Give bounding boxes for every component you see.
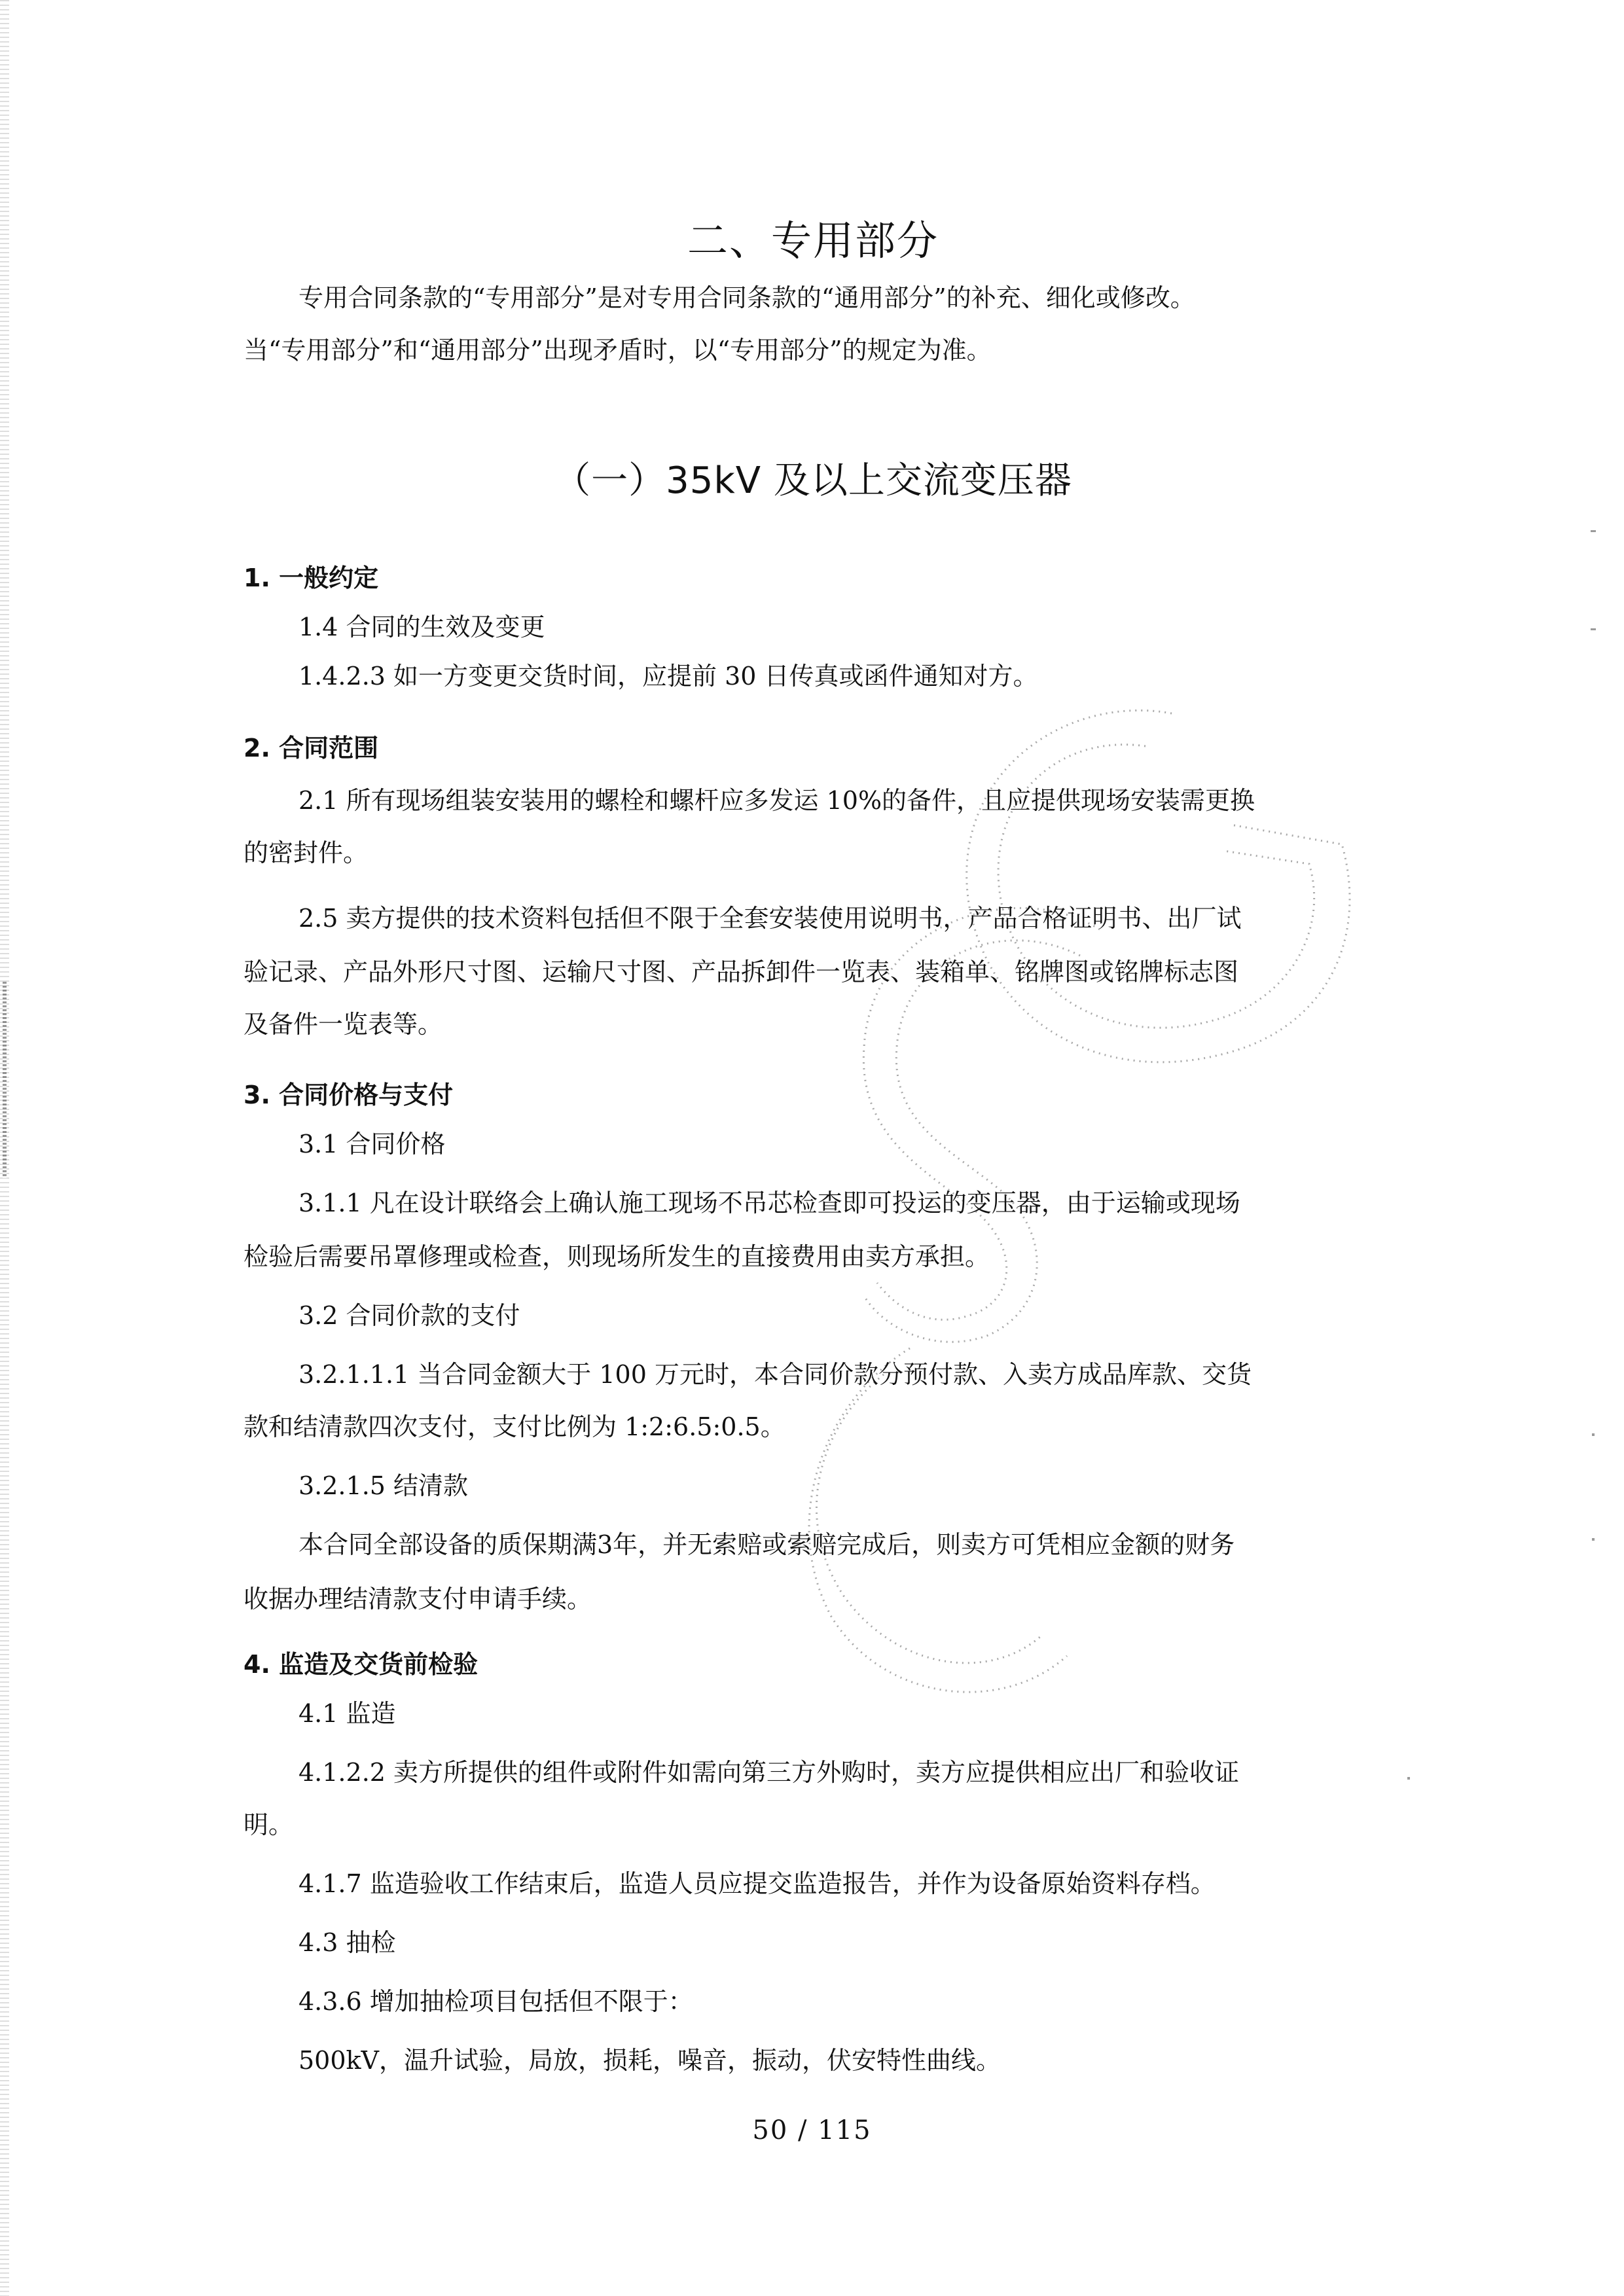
clause-line: 4.3.6 增加抽检项目包括但不限于： — [298, 1986, 1437, 2017]
clause-line: 2.1 所有现场组装安装用的螺栓和螺杆应多发运 10%的备件，且应提供现场安装需… — [298, 785, 1437, 816]
clause-line: 2.5 卖方提供的技术资料包括但不限于全套安装使用说明书，产品合格证明书、出厂试 — [298, 903, 1437, 933]
clause-line: 明。 — [244, 1810, 1382, 1840]
section-heading: 2. 合同范围 — [244, 733, 1382, 763]
clause-line: 的密封件。 — [244, 838, 1382, 868]
clause-line: 4.1.2.2 卖方所提供的组件或附件如需向第三方外购时，卖方应提供相应出厂和验… — [298, 1757, 1437, 1787]
clause-line: 3.2.1.1.1 当合同金额大于 100 万元时，本合同价款分预付款、入卖方成… — [298, 1359, 1437, 1390]
scan-speck — [1592, 1433, 1595, 1436]
clause-line: 4.3 抽检 — [298, 1928, 1437, 1958]
scan-speck — [1591, 628, 1596, 630]
scan-speck — [1407, 1777, 1410, 1780]
clause-line: 4.1 监造 — [298, 1698, 1437, 1729]
clause-line: 1.4 合同的生效及变更 — [298, 612, 1437, 642]
clause-line: 本合同全部设备的质保期满3年，并无索赔或索赔完成后，则卖方可凭相应金额的财务 — [298, 1530, 1437, 1560]
clause-line: 500kV，温升试验，局放，损耗，噪音，振动，伏安特性曲线。 — [298, 2045, 1437, 2075]
clause-line: 4.1.7 监造验收工作结束后，监造人员应提交监造报告，并作为设备原始资料存档。 — [298, 1869, 1437, 1899]
scan-speck — [1592, 1538, 1595, 1541]
clause-line: 款和结清款四次支付，支付比例为 1:2:6.5:0.5。 — [244, 1412, 1382, 1442]
section-heading: 1. 一般约定 — [244, 563, 1382, 593]
clause-line: 3.2 合同价款的支付 — [298, 1300, 1437, 1331]
clause-line: 3.1.1 凡在设计联络会上确认施工现场不吊芯检查即可投运的变压器，由于运输或现… — [298, 1188, 1437, 1218]
clause-line: 检验后需要吊罩修理或检查，则现场所发生的直接费用由卖方承担。 — [244, 1242, 1382, 1272]
clause-line: 验记录、产品外形尺寸图、运输尺寸图、产品拆卸件一览表、装箱单、铭牌图或铭牌标志图 — [244, 957, 1382, 987]
main-title: 二、专用部分 — [244, 208, 1382, 266]
section-heading: 4. 监造及交货前检验 — [244, 1649, 1382, 1679]
scan-edge-artifact — [3, 982, 7, 1178]
intro-paragraph-line: 专用合同条款的“专用部分”是对专用合同条款的“通用部分”的补充、细化或修改。 — [298, 283, 1437, 313]
clause-line: 1.4.2.3 如一方变更交货时间，应提前 30 日传真或函件通知对方。 — [298, 661, 1437, 691]
clause-line: 及备件一览表等。 — [244, 1009, 1382, 1039]
section-title: （一）35kV 及以上交流变压器 — [244, 452, 1382, 504]
clause-line: 收据办理结清款支付申请手续。 — [244, 1584, 1382, 1614]
clause-line: 3.1 合同价格 — [298, 1129, 1437, 1159]
clause-line: 3.2.1.5 结清款 — [298, 1471, 1437, 1501]
section-heading: 3. 合同价格与支付 — [244, 1080, 1382, 1110]
scan-speck — [1591, 530, 1596, 532]
intro-paragraph-line: 当“专用部分”和“通用部分”出现矛盾时，以“专用部分”的规定为准。 — [244, 335, 1382, 365]
page-number: 50 / 115 — [0, 2115, 1624, 2145]
